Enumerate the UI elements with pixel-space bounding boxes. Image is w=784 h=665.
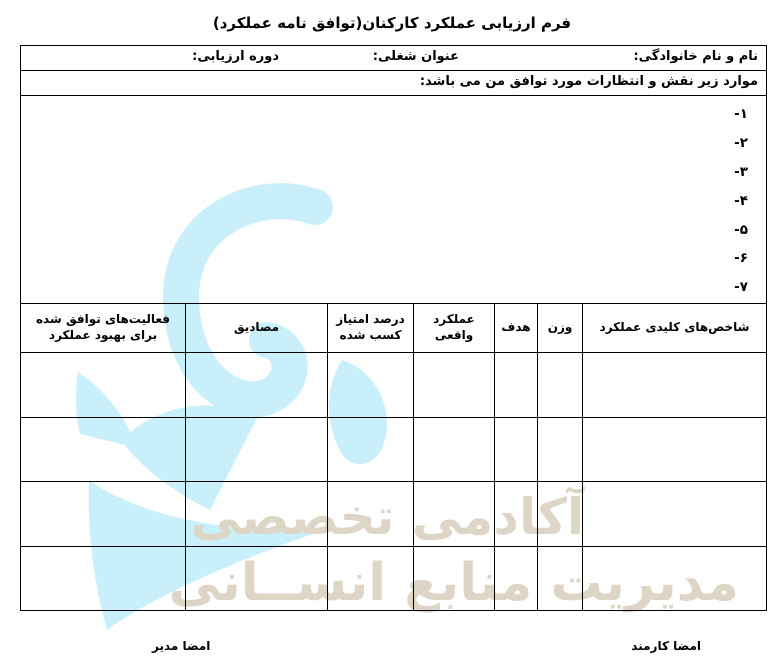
kpi-header-row: شاخص‌های کلیدی عملکردوزنهدفعملکرد واقعید…: [21, 304, 766, 353]
kpi-empty-cell: [495, 547, 538, 611]
kpi-empty-cell: [495, 482, 538, 546]
kpi-empty-cell: [538, 353, 583, 417]
kpi-column-header: مصادیق: [186, 304, 328, 352]
kpi-empty-cell: [328, 482, 414, 546]
agreement-item: ۶-: [21, 244, 748, 273]
field-evaluation-period-label: دوره ارزیابی:: [192, 49, 279, 64]
kpi-empty-cell: [538, 482, 583, 546]
kpi-empty-cell: [328, 353, 414, 417]
kpi-empty-cell: [328, 547, 414, 611]
kpi-column-header: وزن: [538, 304, 583, 352]
agreement-intro-text: موارد زیر نقش و انتظارات مورد توافق من م…: [21, 71, 766, 96]
kpi-empty-cell: [583, 482, 766, 546]
kpi-empty-row: [21, 418, 766, 483]
kpi-empty-cell: [414, 418, 495, 482]
agreement-item: ۲-: [21, 129, 748, 158]
kpi-empty-row: [21, 547, 766, 611]
kpi-empty-cell: [583, 353, 766, 417]
kpi-empty-cell: [414, 353, 495, 417]
kpi-empty-cell: [495, 418, 538, 482]
agreement-item: ۵-: [21, 216, 748, 245]
kpi-empty-cell: [583, 547, 766, 611]
kpi-empty-cell: [538, 418, 583, 482]
kpi-empty-cell: [186, 547, 328, 611]
form-title: فرم ارزیابی عملکرد کارکنان(توافق نامه عم…: [0, 14, 784, 32]
field-job-title-label: عنوان شغلی:: [373, 49, 459, 64]
kpi-column-header: فعالیت‌های توافق شده برای بهبود عملکرد: [21, 304, 186, 352]
kpi-empty-cell: [328, 418, 414, 482]
form-page: آکادمی تخصصی مدیریت منابع انســانی فرم ا…: [0, 0, 784, 665]
kpi-column-header: هدف: [495, 304, 538, 352]
agreement-item: ۴-: [21, 187, 748, 216]
employee-signature-label: امضا کارمند: [631, 639, 701, 653]
kpi-empty-cell: [21, 547, 186, 611]
agreement-item: ۷-: [21, 273, 748, 302]
kpi-empty-cell: [21, 418, 186, 482]
kpi-empty-cell: [538, 547, 583, 611]
form-table: نام و نام خانوادگی: عنوان شغلی: دوره ارز…: [20, 45, 767, 611]
header-fields-row: نام و نام خانوادگی: عنوان شغلی: دوره ارز…: [21, 46, 766, 71]
kpi-column-header: درصد امتیاز کسب شده: [328, 304, 414, 352]
kpi-empty-cell: [495, 353, 538, 417]
kpi-empty-cell: [414, 482, 495, 546]
kpi-empty-row: [21, 353, 766, 418]
agreement-items-area: ۱-۲-۳-۴-۵-۶-۷-: [21, 96, 766, 304]
kpi-empty-row: [21, 482, 766, 547]
agreement-item: ۱-: [21, 100, 748, 129]
agreement-item: ۳-: [21, 158, 748, 187]
kpi-column-header: شاخص‌های کلیدی عملکرد: [583, 304, 766, 352]
kpi-empty-cell: [21, 482, 186, 546]
kpi-column-header: عملکرد واقعی: [414, 304, 495, 352]
field-full-name-label: نام و نام خانوادگی:: [633, 49, 758, 64]
kpi-empty-cell: [21, 353, 186, 417]
kpi-empty-cell: [186, 418, 328, 482]
kpi-empty-cell: [414, 547, 495, 611]
kpi-empty-cell: [186, 353, 328, 417]
kpi-empty-cell: [186, 482, 328, 546]
kpi-empty-cell: [583, 418, 766, 482]
manager-signature-label: امضا مدیر: [152, 639, 210, 653]
